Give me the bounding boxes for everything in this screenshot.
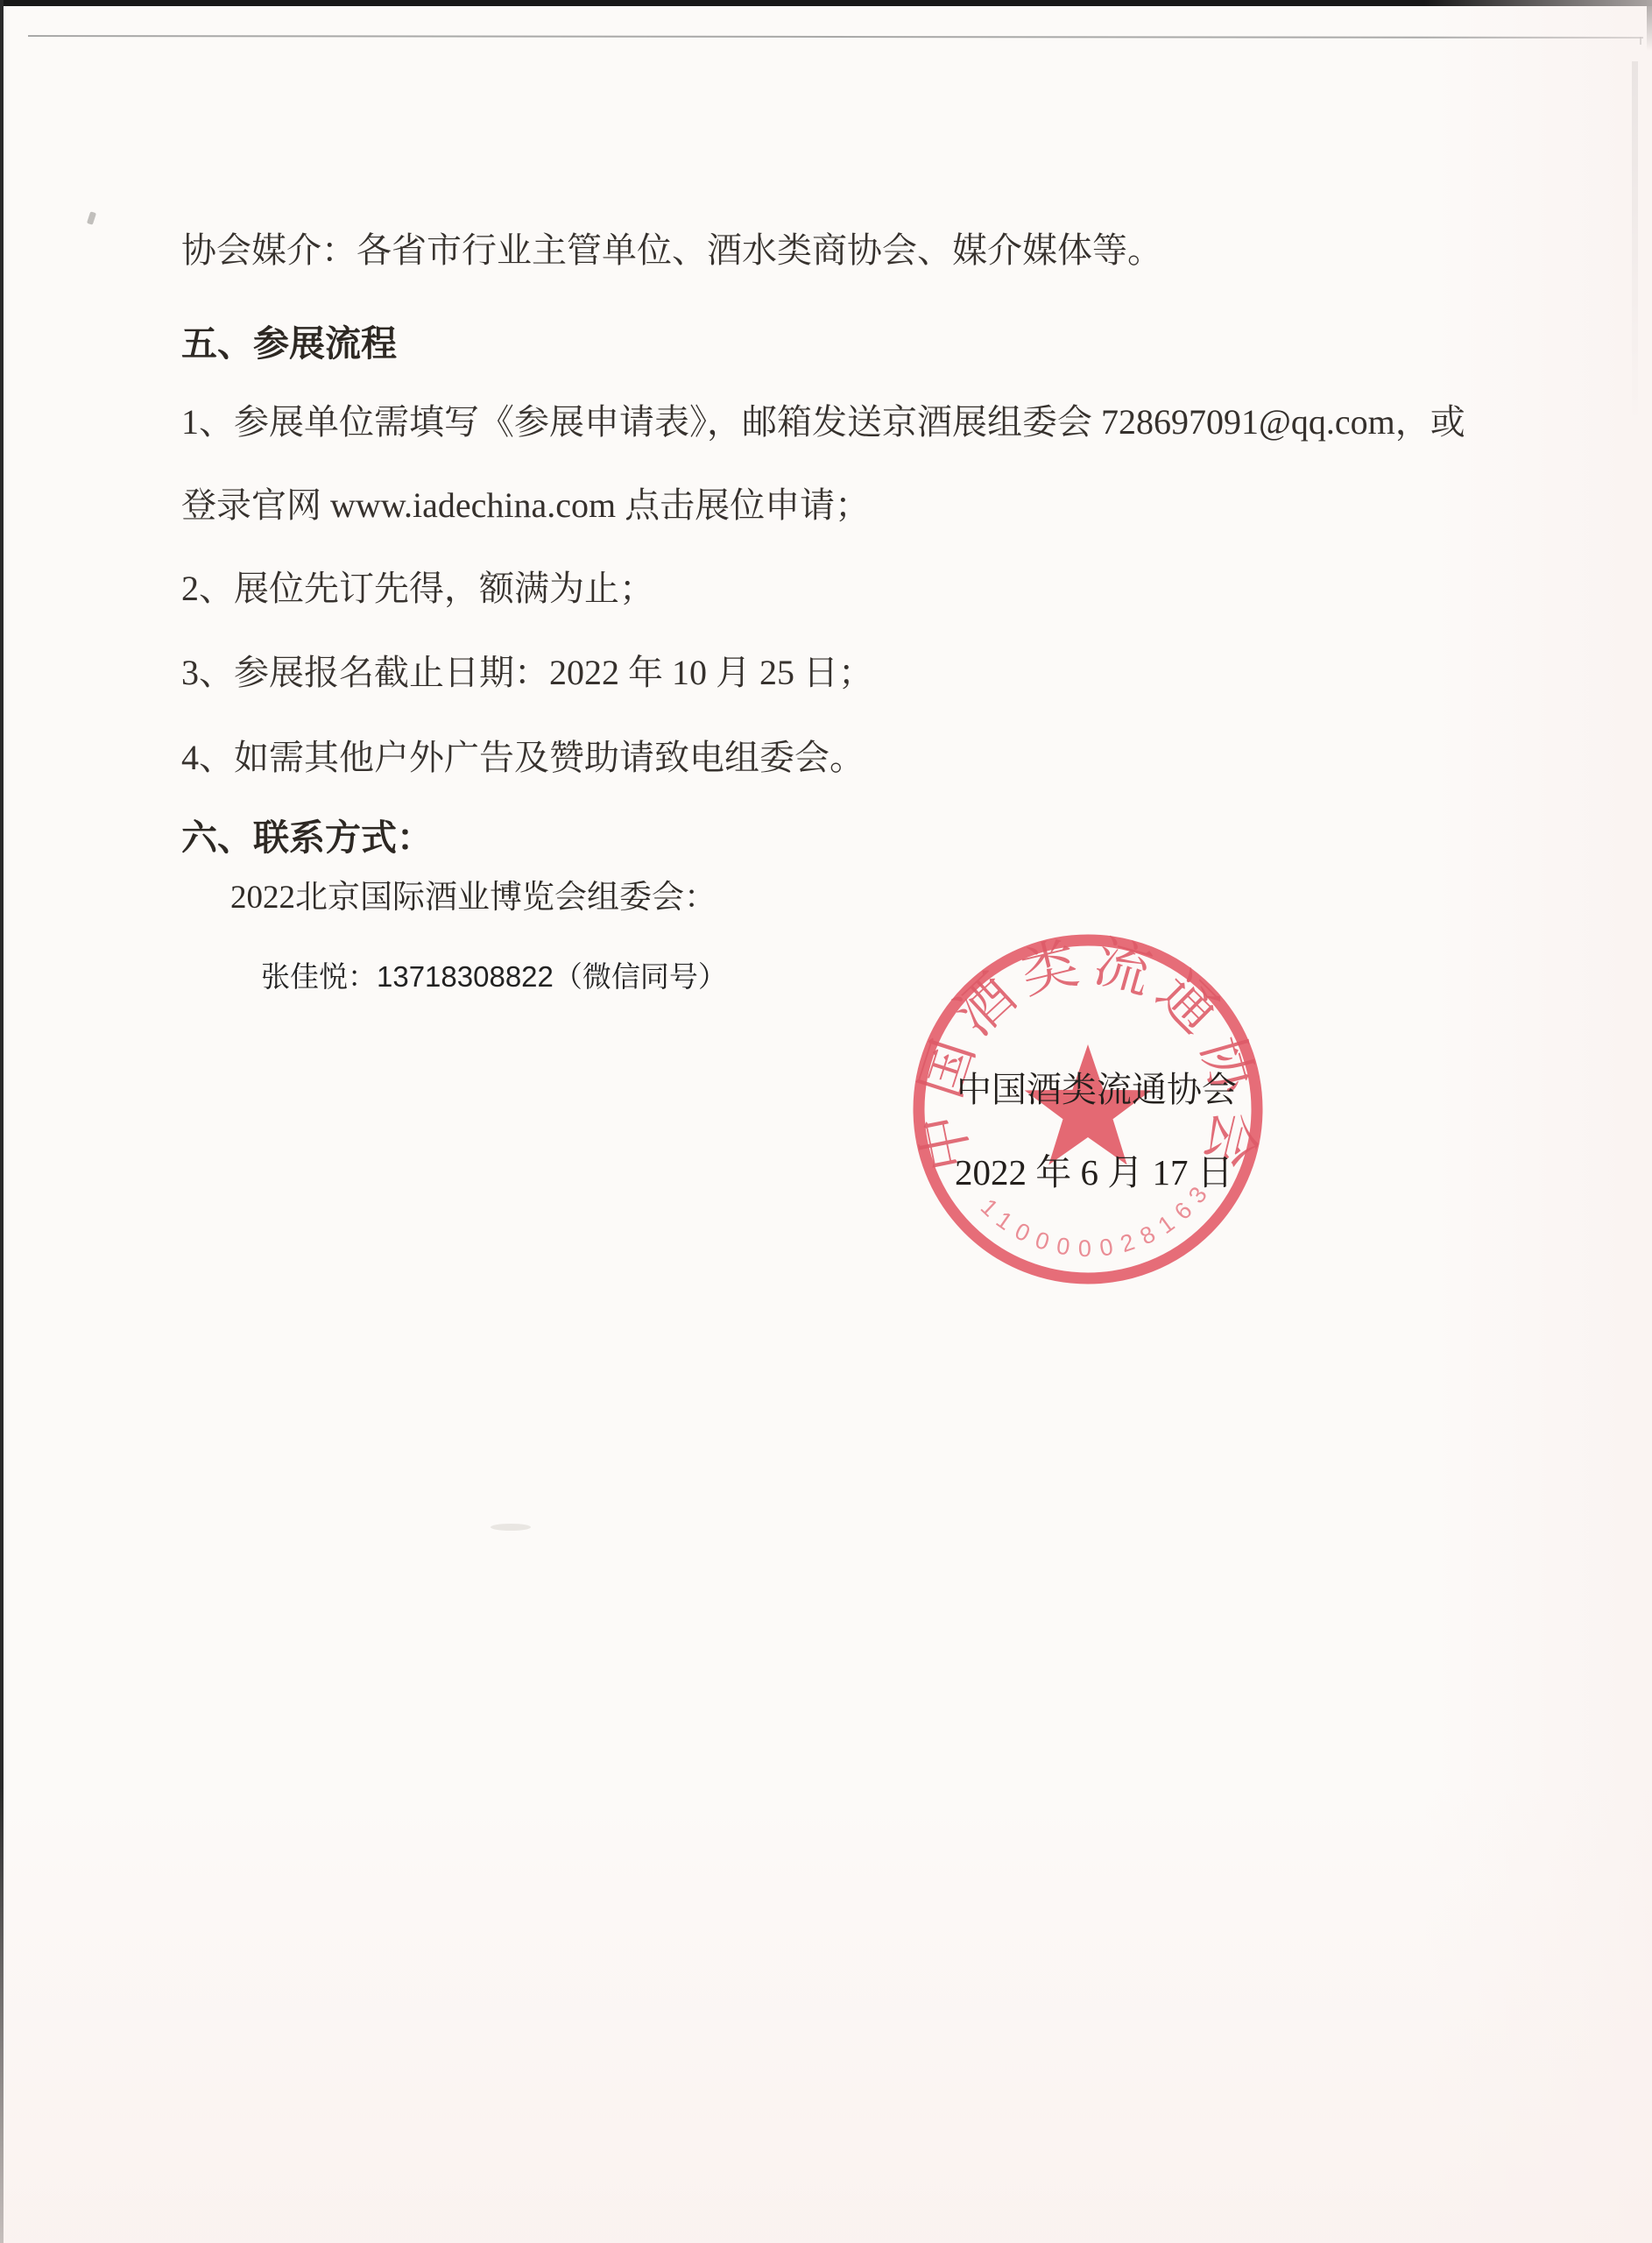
scan-tint-right [1424, 0, 1652, 2243]
scan-artifact-line-tick [1640, 37, 1641, 45]
scan-edge-right-corner [1647, 0, 1652, 51]
contact-person-line: 张佳悦：13718308822（微信同号） [261, 962, 727, 991]
flow-step-2: 2、展位先订先得，额满为止； [181, 571, 654, 606]
section5-heading: 五、参展流程 [181, 326, 397, 362]
flow-step-1: 1、参展单位需填写《参展申请表》，邮箱发送京酒展组委会 728697091@qq… [181, 405, 1465, 440]
scanned-document-page: 协会媒介：各省市行业主管单位、酒水类商协会、媒介媒体等。 五、参展流程 1、参展… [0, 0, 1652, 2243]
committee-line: 2022北京国际酒业博览会组委会： [230, 881, 717, 914]
association-stamp: 中国酒类流通协会 1100000281631 [869, 890, 1307, 1328]
scan-artifact-streak [1632, 61, 1638, 429]
signature-organization: 中国酒类流通协会 [957, 1072, 1237, 1107]
scan-artifact-line [28, 35, 1643, 39]
intro-line: 协会媒介：各省市行业主管单位、酒水类商协会、媒介媒体等。 [181, 233, 1162, 268]
flow-step-1-continued: 登录官网 www.iadechina.com 点击展位申请； [181, 488, 870, 523]
scan-edge-left [0, 0, 4, 2243]
scan-speck [87, 211, 96, 224]
flow-step-3: 3、参展报名截止日期：2022 年 10 月 25 日； [181, 655, 873, 690]
scan-edge-top [0, 0, 1652, 6]
section6-heading: 六、联系方式： [181, 820, 433, 856]
flow-step-4: 4、如需其他户外广告及赞助请致电组委会。 [181, 740, 865, 775]
scan-tint-bottom [0, 1787, 1652, 2243]
scan-speck [491, 1524, 531, 1531]
signature-date: 2022 年 6 月 17 日 [955, 1155, 1233, 1191]
stamp-graphic: 中国酒类流通协会 1100000281631 [869, 890, 1307, 1328]
